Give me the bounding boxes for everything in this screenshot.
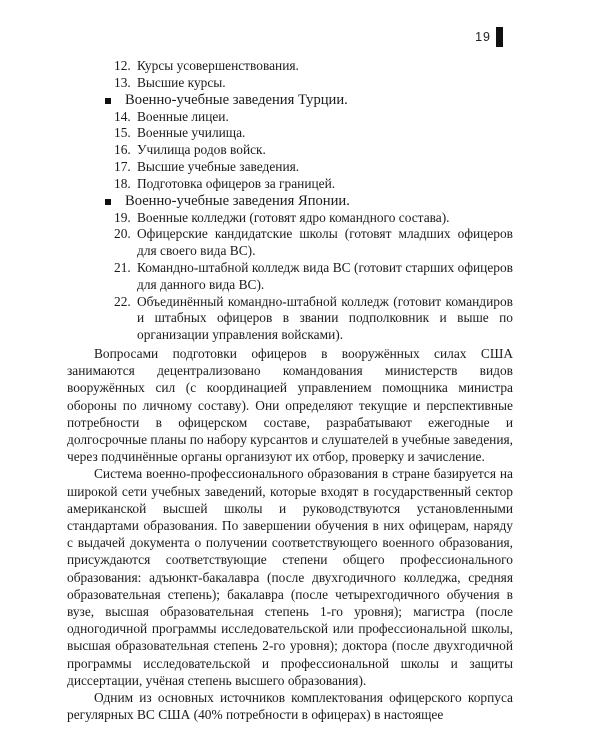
list-item-text: Подготовка офицеров за границей. xyxy=(137,176,513,193)
list-item: 13. Высшие курсы. xyxy=(67,75,513,92)
education-institutions-list: 12. Курсы усовершенствования. 13. Высшие… xyxy=(67,58,513,344)
list-item: 12. Курсы усовершенствования. xyxy=(67,58,513,75)
list-item-number: 15. xyxy=(114,125,137,142)
list-item: 15. Военные училища. xyxy=(67,125,513,142)
list-item: 16. Училища родов войск. xyxy=(67,142,513,159)
page-header: 19 xyxy=(475,27,503,47)
list-item: 17. Высшие учебные заведения. xyxy=(67,159,513,176)
list-item-text: Курсы усовершенствования. xyxy=(137,58,513,75)
list-item: 22. Объединённый командно-штабной коллед… xyxy=(67,294,513,344)
list-item: 19. Военные колледжи (готовят ядро коман… xyxy=(67,210,513,227)
list-item-text: Военные училища. xyxy=(137,125,513,142)
list-item-number: 17. xyxy=(114,159,137,176)
list-item-number: 21. xyxy=(114,260,137,294)
list-item-number: 22. xyxy=(114,294,137,344)
list-item-text: Командно-штабной колледж вида ВС (готови… xyxy=(137,260,513,294)
bullet-square-icon xyxy=(105,199,111,205)
list-item-text: Военные колледжи (готовят ядро командног… xyxy=(137,210,513,227)
list-item-number: 19. xyxy=(114,210,137,227)
list-item: 20. Офицерские кандидатские школы (готов… xyxy=(67,226,513,260)
section-header-text: Военно-учебные заведения Турции. xyxy=(125,92,513,109)
list-item-text: Объединённый командно-штабной колледж (г… xyxy=(137,294,513,344)
list-item-text: Высшие курсы. xyxy=(137,75,513,92)
page-edge-marker-icon xyxy=(496,27,503,47)
list-item-text: Военные лицеи. xyxy=(137,109,513,126)
list-item: 14. Военные лицеи. xyxy=(67,109,513,126)
list-item-text: Офицерские кандидатские школы (готовят м… xyxy=(137,226,513,260)
bullet-square-icon xyxy=(105,98,111,104)
list-item-text: Училища родов войск. xyxy=(137,142,513,159)
body-paragraph: Одним из основных источников комплектова… xyxy=(67,689,513,723)
list-section-header: Военно-учебные заведения Турции. xyxy=(67,92,513,109)
list-item-number: 18. xyxy=(114,176,137,193)
list-item-text: Высшие учебные заведения. xyxy=(137,159,513,176)
page-number: 19 xyxy=(475,30,491,44)
body-paragraph: Система военно-профессионального образов… xyxy=(67,465,513,689)
list-item-number: 12. xyxy=(114,58,137,75)
book-page: 19 12. Курсы усовершенствования. 13. Выс… xyxy=(0,0,600,750)
list-item-number: 13. xyxy=(114,75,137,92)
list-item-number: 20. xyxy=(114,226,137,260)
list-item-number: 14. xyxy=(114,109,137,126)
list-item: 21. Командно-штабной колледж вида ВС (го… xyxy=(67,260,513,294)
list-section-header: Военно-учебные заведения Японии. xyxy=(67,193,513,210)
section-header-text: Военно-учебные заведения Японии. xyxy=(125,193,513,210)
list-item-number: 16. xyxy=(114,142,137,159)
page-content: 12. Курсы усовершенствования. 13. Высшие… xyxy=(67,58,513,723)
body-paragraph: Вопросами подготовки офицеров в вооружён… xyxy=(67,345,513,465)
list-item: 18. Подготовка офицеров за границей. xyxy=(67,176,513,193)
